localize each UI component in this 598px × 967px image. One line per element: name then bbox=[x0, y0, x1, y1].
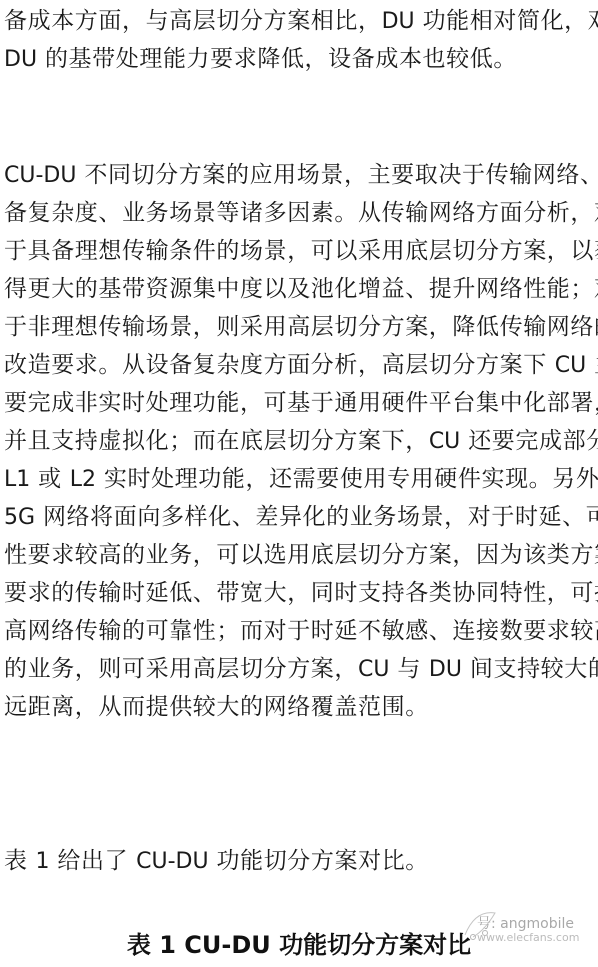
paragraph-line: 于非理想传输场景，则采用高层切分方案，降低传输网络的 bbox=[4, 308, 598, 346]
paragraph-line: 备成本方面，与高层切分方案相比，DU 功能相对简化，对 bbox=[4, 2, 598, 40]
watermark-text: 号: angmobile bbox=[477, 913, 574, 933]
paragraph-line: 性要求较高的业务，可以选用底层切分方案，因为该类方案 bbox=[4, 536, 598, 574]
paragraph-line: L1 或 L2 实时处理功能，还需要使用专用硬件实现。另外， bbox=[4, 460, 598, 498]
paragraph-line: 要求的传输时延低、带宽大，同时支持各类协同特性，可提 bbox=[4, 574, 598, 612]
paragraph-line: DU 的基带处理能力要求降低，设备成本也较低。 bbox=[4, 40, 517, 78]
paragraph-line: 并且支持虚拟化；而在底层切分方案下，CU 还要完成部分 bbox=[4, 422, 598, 460]
paragraph-line: 高网络传输的可靠性；而对于时延不敏感、连接数要求较高 bbox=[4, 612, 598, 650]
paragraph-line: 改造要求。从设备复杂度方面分析，高层切分方案下 CU 主 bbox=[4, 346, 598, 384]
watermark-url: www.elecfans.com bbox=[477, 931, 579, 944]
paragraph-line: 备复杂度、业务场景等诸多因素。从传输网络方面分析，对 bbox=[4, 194, 598, 232]
watermark: 号: angmobile www.elecfans.com bbox=[455, 905, 595, 955]
paragraph-line: CU-DU 不同切分方案的应用场景，主要取决于传输网络、设 bbox=[4, 156, 598, 194]
paragraph-line: 5G 网络将面向多样化、差异化的业务场景，对于时延、可靠 bbox=[4, 498, 598, 536]
paragraph-line: 远距离，从而提供较大的网络覆盖范围。 bbox=[4, 688, 429, 726]
paragraph-line: 要完成非实时处理功能，可基于通用硬件平台集中化部署， bbox=[4, 384, 598, 422]
paragraph-line: 得更大的基带资源集中度以及池化增益、提升网络性能；对 bbox=[4, 270, 598, 308]
paragraph-line: 于具备理想传输条件的场景，可以采用底层切分方案，以获 bbox=[4, 232, 598, 270]
paragraph-line: 表 1 给出了 CU-DU 功能切分方案对比。 bbox=[4, 842, 429, 880]
paragraph-line: 的业务，则可采用高层切分方案，CU 与 DU 间支持较大的拉 bbox=[4, 650, 598, 688]
